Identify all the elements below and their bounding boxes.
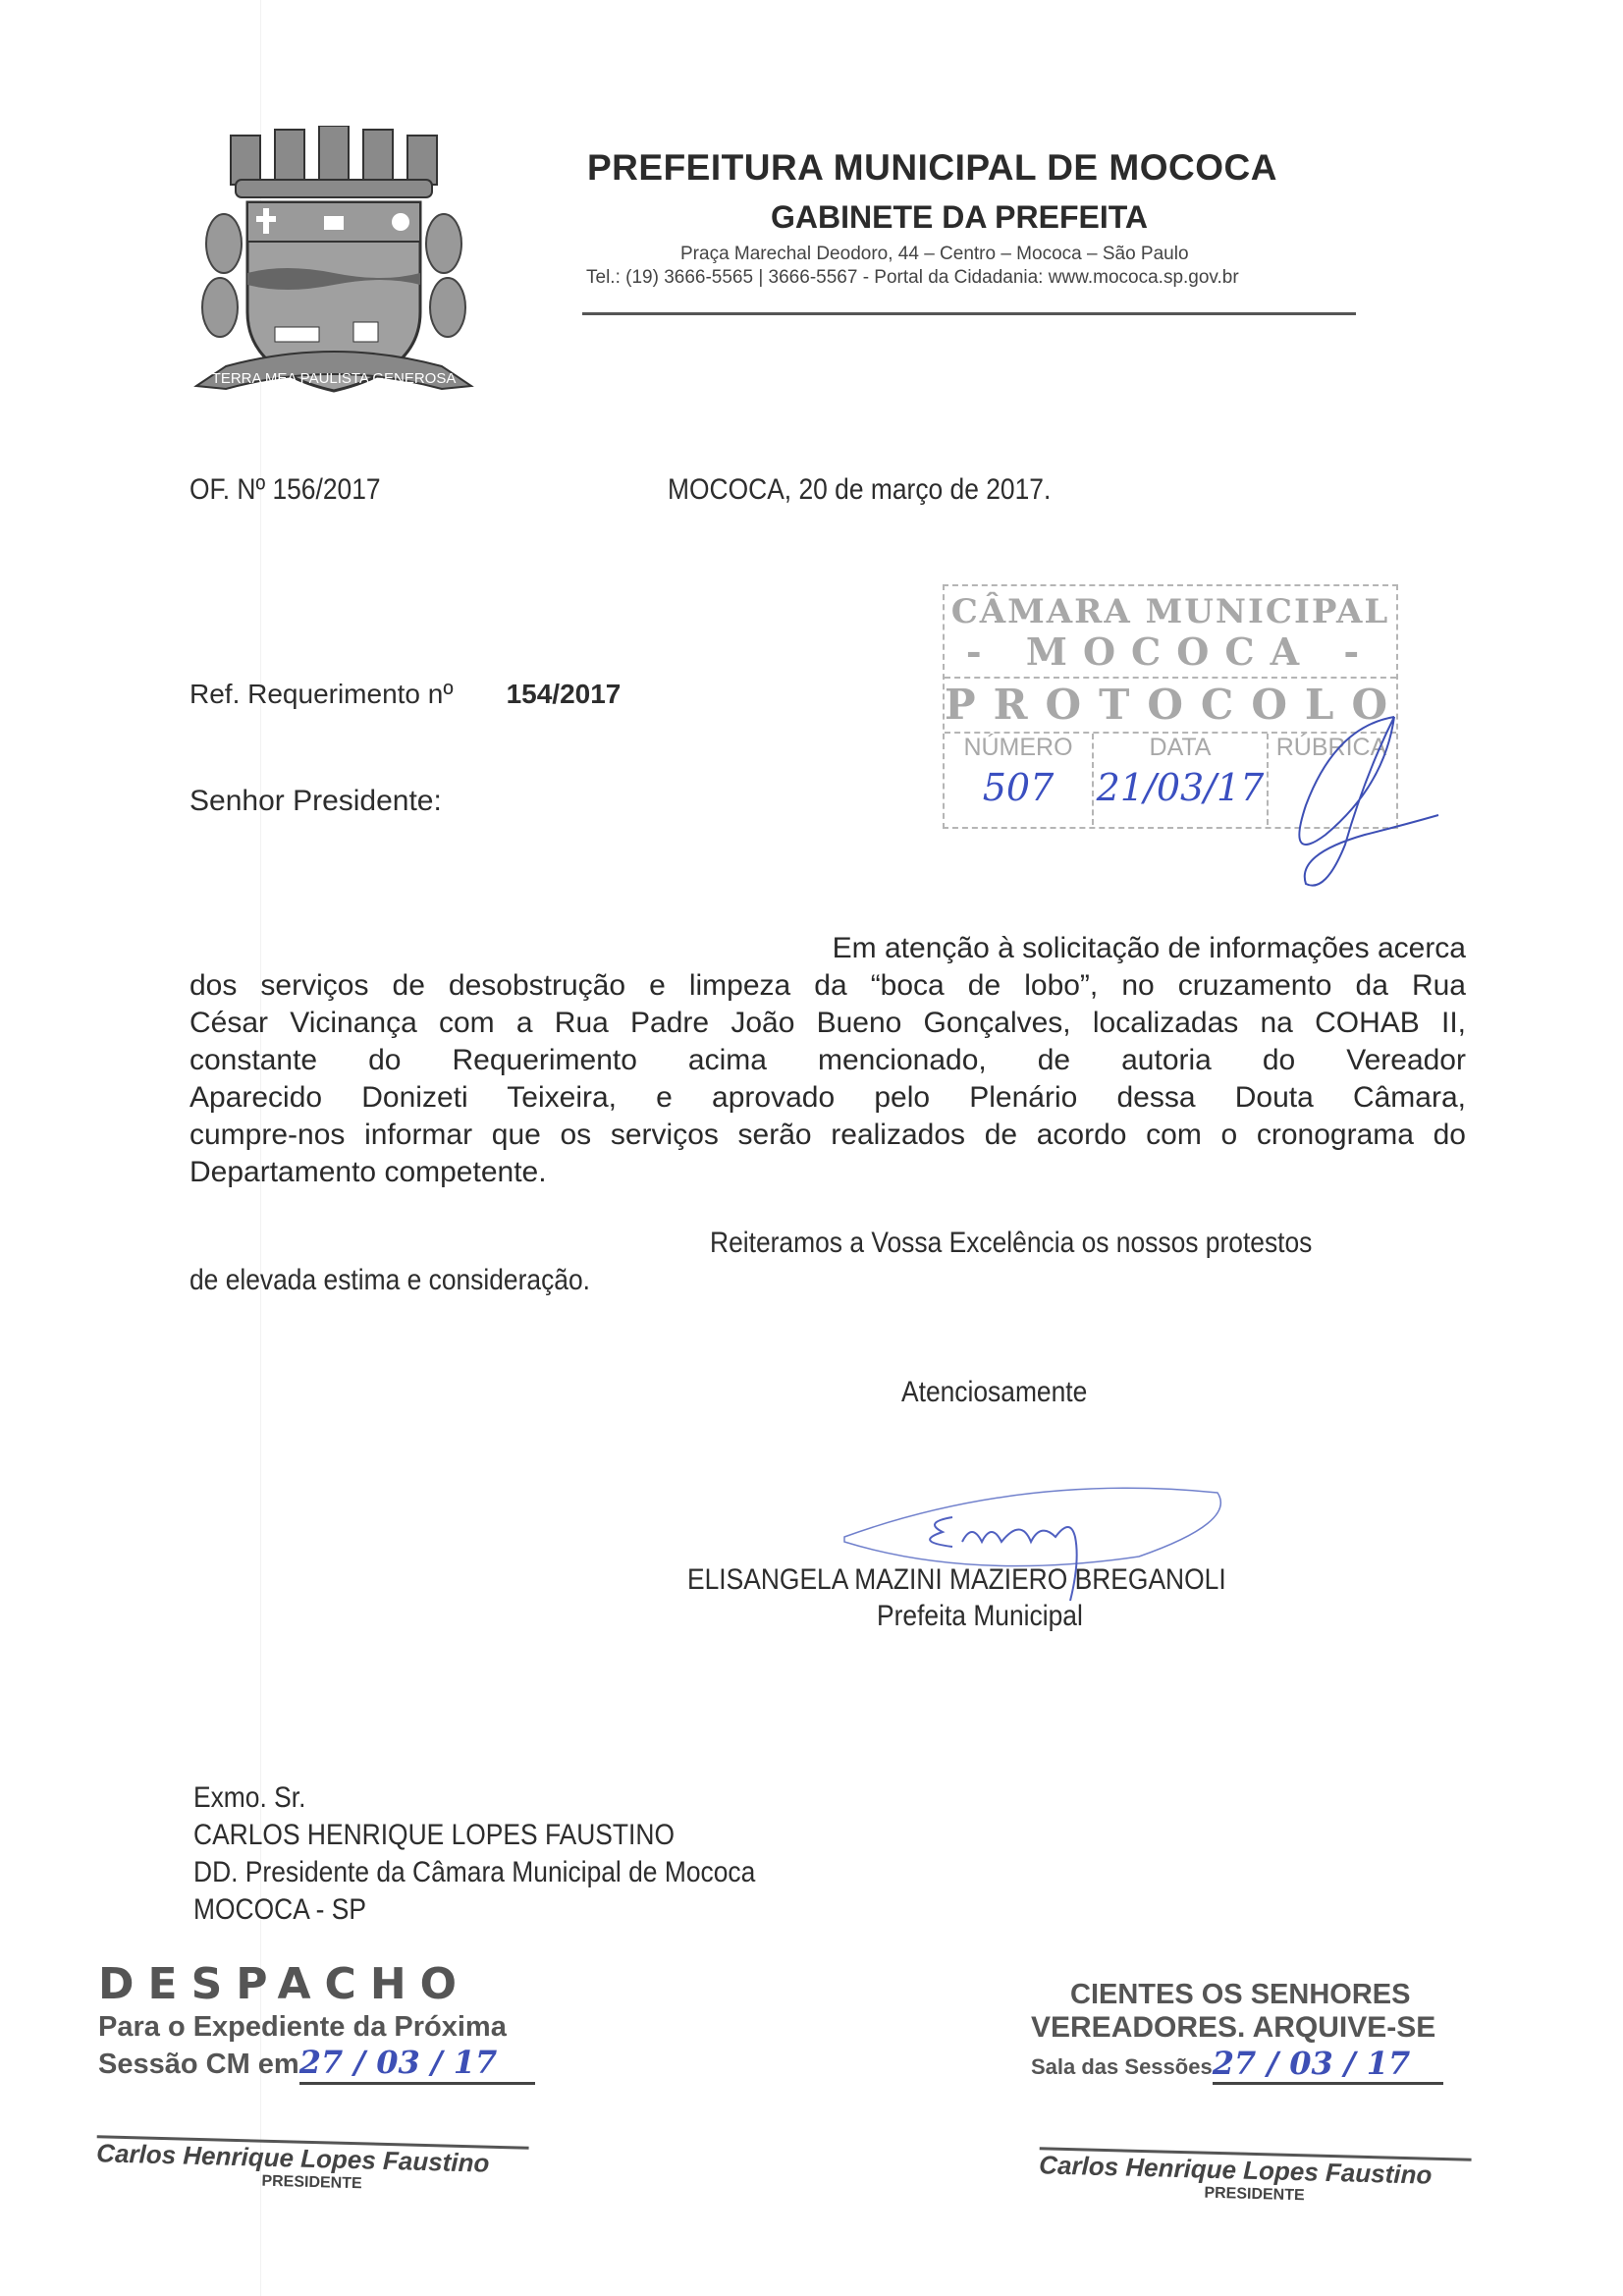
despacho-president: Carlos Henrique Lopes Faustino PRESIDENT… [95,2135,528,2198]
cientes-line1: CIENTES OS SENHORES [1070,1979,1443,2011]
despacho-title: DESPACHO [98,1959,535,2009]
rubrica-signature-icon [1247,687,1443,894]
svg-text:TERRA MEA PAULISTA GENEROSA: TERRA MEA PAULISTA GENEROSA [212,370,457,387]
municipal-crest-icon: TERRA MEA PAULISTA GENEROSA [187,126,481,420]
body-paragraph-2-line1: Reiteramos a Vossa Excelência os nossos … [710,1225,1312,1262]
reference: Ref. Requerimento nº154/2017 [189,676,621,713]
stamp-numero-cell: NÚMERO 507 [945,734,1094,825]
stamp-line1: CÂMARA MUNICIPAL [945,592,1396,631]
header-address: Praça Marechal Deodoro, 44 – Centro – Mo… [680,244,1189,265]
header-contact: Tel.: (19) 3666-5565 | 3666-5567 - Porta… [586,267,1239,289]
place-date: MOCOCA, 20 de março de 2017. [668,471,1051,509]
stamp-line2: - MOCOCA - [945,629,1396,674]
reference-number: 154/2017 [507,679,622,709]
stamp-numero-value: 507 [945,766,1092,809]
header-divider [582,312,1356,315]
cientes-line3: Sala das Sessões27 / 03 / 17 [1031,2045,1443,2085]
header-title: PREFEITURA MUNICIPAL DE MOCOCA [587,147,1277,189]
cientes-stamp: CIENTES OS SENHORES VEREADORES. ARQUIVE-… [1031,1979,1443,2085]
despacho-line1: Para o Expediente da Próxima [98,2009,535,2045]
cientes-line2: VEREADORES. ARQUIVE-SE [1031,2011,1443,2045]
header-subtitle: GABINETE DA PREFEITA [771,199,1148,236]
body-paragraph-2-line2: de elevada estima e consideração. [189,1262,590,1299]
despacho-stamp: DESPACHO Para o Expediente da Próxima Se… [98,1959,535,2085]
signer-name: ELISANGELA MAZINI MAZIERO BREGANOLI [687,1561,1226,1599]
cientes-date: 27 / 03 / 17 [1213,2045,1411,2082]
reference-label: Ref. Requerimento nº [189,679,454,709]
stamp-data-value: 21/03/17 [1094,766,1267,809]
closing: Atenciosamente [901,1374,1087,1411]
recipient-address: Exmo. Sr. CARLOS HENRIQUE LOPES FAUSTINO… [193,1779,755,1929]
cientes-president: Carlos Henrique Lopes Faustino PRESIDENT… [1038,2147,1471,2210]
greeting: Senhor Presidente: [189,783,442,820]
stamp-data-cell: DATA 21/03/17 [1094,734,1269,825]
despacho-line2: Sessão CM em27 / 03 / 17 [98,2045,535,2085]
despacho-date: 27 / 03 / 17 [299,2044,498,2081]
office-number: OF. Nº 156/2017 [189,471,381,509]
body-paragraph-1: Em atenção à solicitação de informações … [189,932,1466,1193]
signer-role: Prefeita Municipal [877,1598,1083,1635]
